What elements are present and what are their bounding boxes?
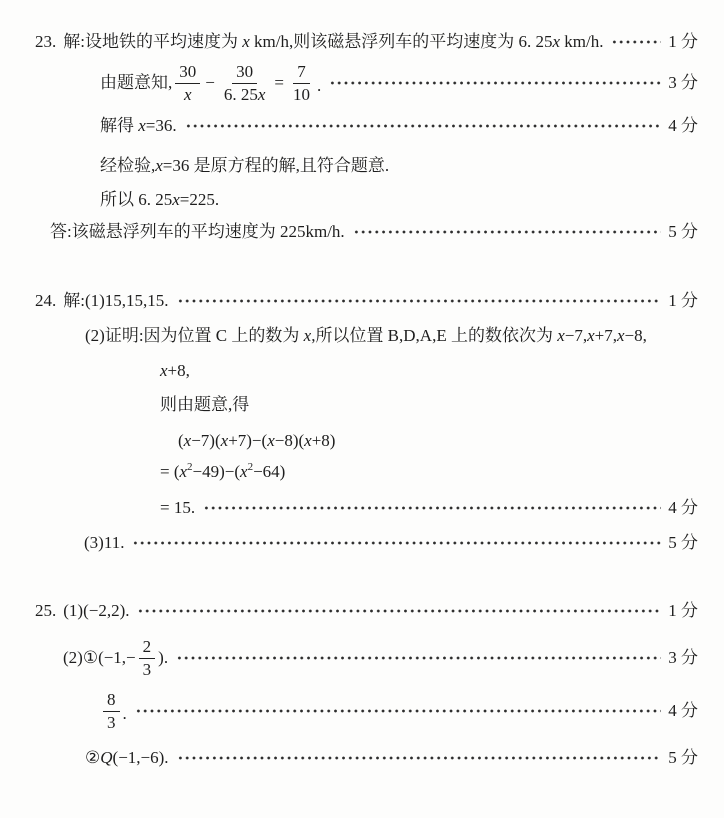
dotted-leader [132,540,661,546]
question-number-25: 25. [35,600,56,622]
variable-x: x [180,461,188,483]
superscript-2: 2 [248,462,254,473]
period: . [317,75,321,104]
variable-x: x [587,325,595,347]
variable-x: x [160,360,168,382]
variable-q: Q [100,747,112,769]
variable-x: x [240,461,248,483]
text-run: −7)( [191,430,220,452]
text-run: +7)−( [228,430,267,452]
text-run: −49)−( [193,461,241,483]
text-run: 经检验, [100,155,155,177]
score-mark: 3 分 [668,647,698,669]
score-mark: 5 分 [668,221,698,243]
fraction-numerator: 30 [175,62,200,84]
variable-x: x [242,31,250,53]
text-run: −64) [253,461,285,483]
text-run: = 15. [160,497,195,519]
variable-x: x [221,430,229,452]
text-run: 解得 [100,115,138,137]
dotted-leader [177,755,662,761]
score-mark: 4 分 [668,700,698,722]
score-mark: 5 分 [668,532,698,554]
fraction-denominator: x [180,84,196,105]
minus-operator: − [205,72,215,94]
text-run: km/h,则该磁悬浮列车的平均速度为 6. 25 [250,31,553,53]
fraction-denominator: 3 [103,712,120,733]
answer-sheet-page: 23. 解:设地铁的平均速度为 x km/h,则该磁悬浮列车的平均速度为 6. … [0,0,724,818]
dotted-leader [611,39,661,45]
text-run: (1)(−2,2). [63,600,129,622]
score-mark: 1 分 [668,31,698,53]
fraction: 30 6. 25x [220,62,270,104]
fraction-denominator: 10 [289,84,314,105]
text-run: −7, [565,325,587,347]
q25-line-part1: 25. (1)(−2,2). 1 分 [35,600,698,622]
q23-line-setup: 23. 解:设地铁的平均速度为 x km/h,则该磁悬浮列车的平均速度为 6. … [35,31,698,53]
dotted-leader [185,123,662,129]
q24-line-expression: ( x −7)( x +7)−( x −8)( x +8) [178,430,335,452]
q24-line-part3: (3)11. 5 分 [84,532,698,554]
fraction: 7 10 [289,62,314,104]
text-run: +8, [168,360,190,382]
text-run: 答:该磁悬浮列车的平均速度为 225km/h. [50,221,345,243]
fraction: 2 3 [139,637,156,679]
variable-x: x [172,189,180,211]
dotted-leader [137,608,661,614]
score-mark: 5 分 [668,747,698,769]
score-mark: 4 分 [668,115,698,137]
q24-line-expanded: = ( x 2 −49)−( x 2 −64) [160,461,285,483]
q23-line-solve: 解得 x =36. 4 分 [100,115,698,137]
text-run: (3)11. [84,532,124,554]
q24-line-result: = 15. 4 分 [160,497,698,519]
text-run: +8) [312,430,336,452]
superscript-2: 2 [187,462,193,473]
q24-line-xplus8: x +8, [160,360,190,382]
text-run: +7, [595,325,617,347]
variable-x: x [552,31,560,53]
text-run: 则由题意,得 [160,394,249,416]
q23-line-equation: 由题意知, 30 x − 30 6. 25x = 7 10 . 3 分 [100,62,698,104]
text-run: =36. [146,115,177,137]
variable-x: x [557,325,565,347]
text-run: 所以 6. 25 [100,189,172,211]
text-run: 由题意知, [100,72,172,94]
score-mark: 1 分 [668,290,698,312]
fraction-denominator: 3 [139,659,156,680]
q23-line-check: 经检验, x =36 是原方程的解,且符合题意. [100,155,389,177]
score-mark: 4 分 [668,497,698,519]
dotted-leader [329,80,661,86]
text-run: 解:设地铁的平均速度为 [63,31,242,53]
variable-x: x [304,430,312,452]
q24-line-by-problem: 则由题意,得 [160,394,249,416]
text-run: = ( [160,461,180,483]
text-run: (2)①(−1,− [63,647,136,669]
text-run: (−1,−6). [113,747,169,769]
fraction-numerator: 30 [232,62,257,84]
question-number-23: 23. [35,31,56,53]
question-number-24: 24. [35,290,56,312]
dotted-leader [353,229,662,235]
fraction-numerator: 7 [293,62,310,84]
circled-two: ② [85,747,100,769]
dotted-leader [176,655,661,661]
fraction: 8 3 [103,690,120,732]
text-run: ). [158,647,168,669]
variable-x: x [155,155,163,177]
q24-line-part2-proof: (2)证明:因为位置 C 上的数为 x ,所以位置 B,D,A,E 上的数依次为… [85,325,647,347]
text-run: km/h. [560,31,603,53]
text-run: 6. 25 [224,85,258,104]
text-run: −8, [625,325,647,347]
period: . [123,703,127,732]
equals-operator: = [274,72,284,94]
fraction-denominator: 6. 25x [220,84,270,105]
q24-line-part1: 24. 解:(1)15,15,15. 1 分 [35,290,698,312]
variable-x: x [258,85,266,104]
text-run: =225. [180,189,219,211]
text-run: (2)证明:因为位置 C 上的数为 [85,325,304,347]
dotted-leader [203,505,661,511]
fraction: 30 x [175,62,200,104]
fraction-numerator: 8 [103,690,120,712]
variable-x: x [304,325,312,347]
q25-line-part2-1: (2)①(−1,− 2 3 ). 3 分 [63,637,698,679]
fraction-numerator: 2 [139,637,156,659]
dotted-leader [177,298,662,304]
variable-x: x [267,430,275,452]
q25-line-part2-2: ② Q (−1,−6). 5 分 [85,747,698,769]
variable-x: x [138,115,146,137]
dotted-leader [135,708,662,714]
variable-x: x [184,430,192,452]
q23-line-answer: 答:该磁悬浮列车的平均速度为 225km/h. 5 分 [50,221,698,243]
text-run: −8)( [275,430,304,452]
score-mark: 1 分 [668,600,698,622]
text-run: ,所以位置 B,D,A,E 上的数依次为 [311,325,557,347]
text-run: =36 是原方程的解,且符合题意. [163,155,389,177]
q23-line-therefore: 所以 6. 25 x =225. [100,189,219,211]
score-mark: 3 分 [668,72,698,94]
text-run: 解:(1)15,15,15. [63,290,168,312]
q25-line-eight-thirds: 8 3 . 4 分 [100,690,698,732]
variable-x: x [617,325,625,347]
